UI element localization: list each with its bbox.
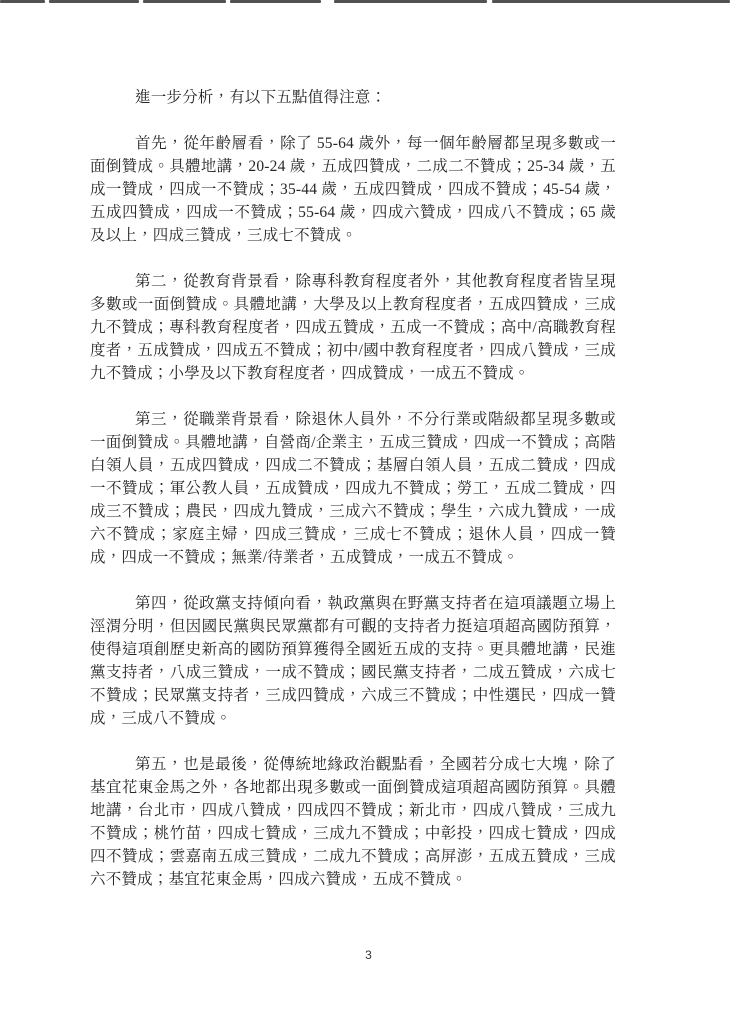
intro-paragraph: 進一步分析，有以下五點值得注意： — [90, 86, 616, 109]
report-body: 進一步分析，有以下五點值得注意： 首先，從年齡層看，除了 55-64 歲外，每一… — [90, 86, 616, 891]
paragraph-education-background: 第二，從教育背景看，除專科教育程度者外，其他教育程度者皆呈現多數或一面倒贊成。具… — [90, 270, 616, 385]
paragraph-party-support: 第四，從政黨支持傾向看，執政黨與在野黨支持者在這項議題立場上涇渭分明，但因國民黨… — [90, 592, 616, 730]
paragraph-geographic-regions: 第五，也是最後，從傳統地緣政治觀點看，全國若分成七大塊，除了基宜花東金馬之外，各… — [90, 753, 616, 891]
paragraph-age-groups: 首先，從年齡層看，除了 55-64 歲外，每一個年齡層都呈現多數或一面倒贊成。具… — [90, 132, 616, 247]
paragraph-occupation-background: 第三，從職業背景看，除退休人員外，不分行業或階級都呈現多數或一面倒贊成。具體地講… — [90, 408, 616, 569]
page-top-scan-artifact — [0, 0, 737, 4]
page-number: 3 — [0, 948, 737, 962]
